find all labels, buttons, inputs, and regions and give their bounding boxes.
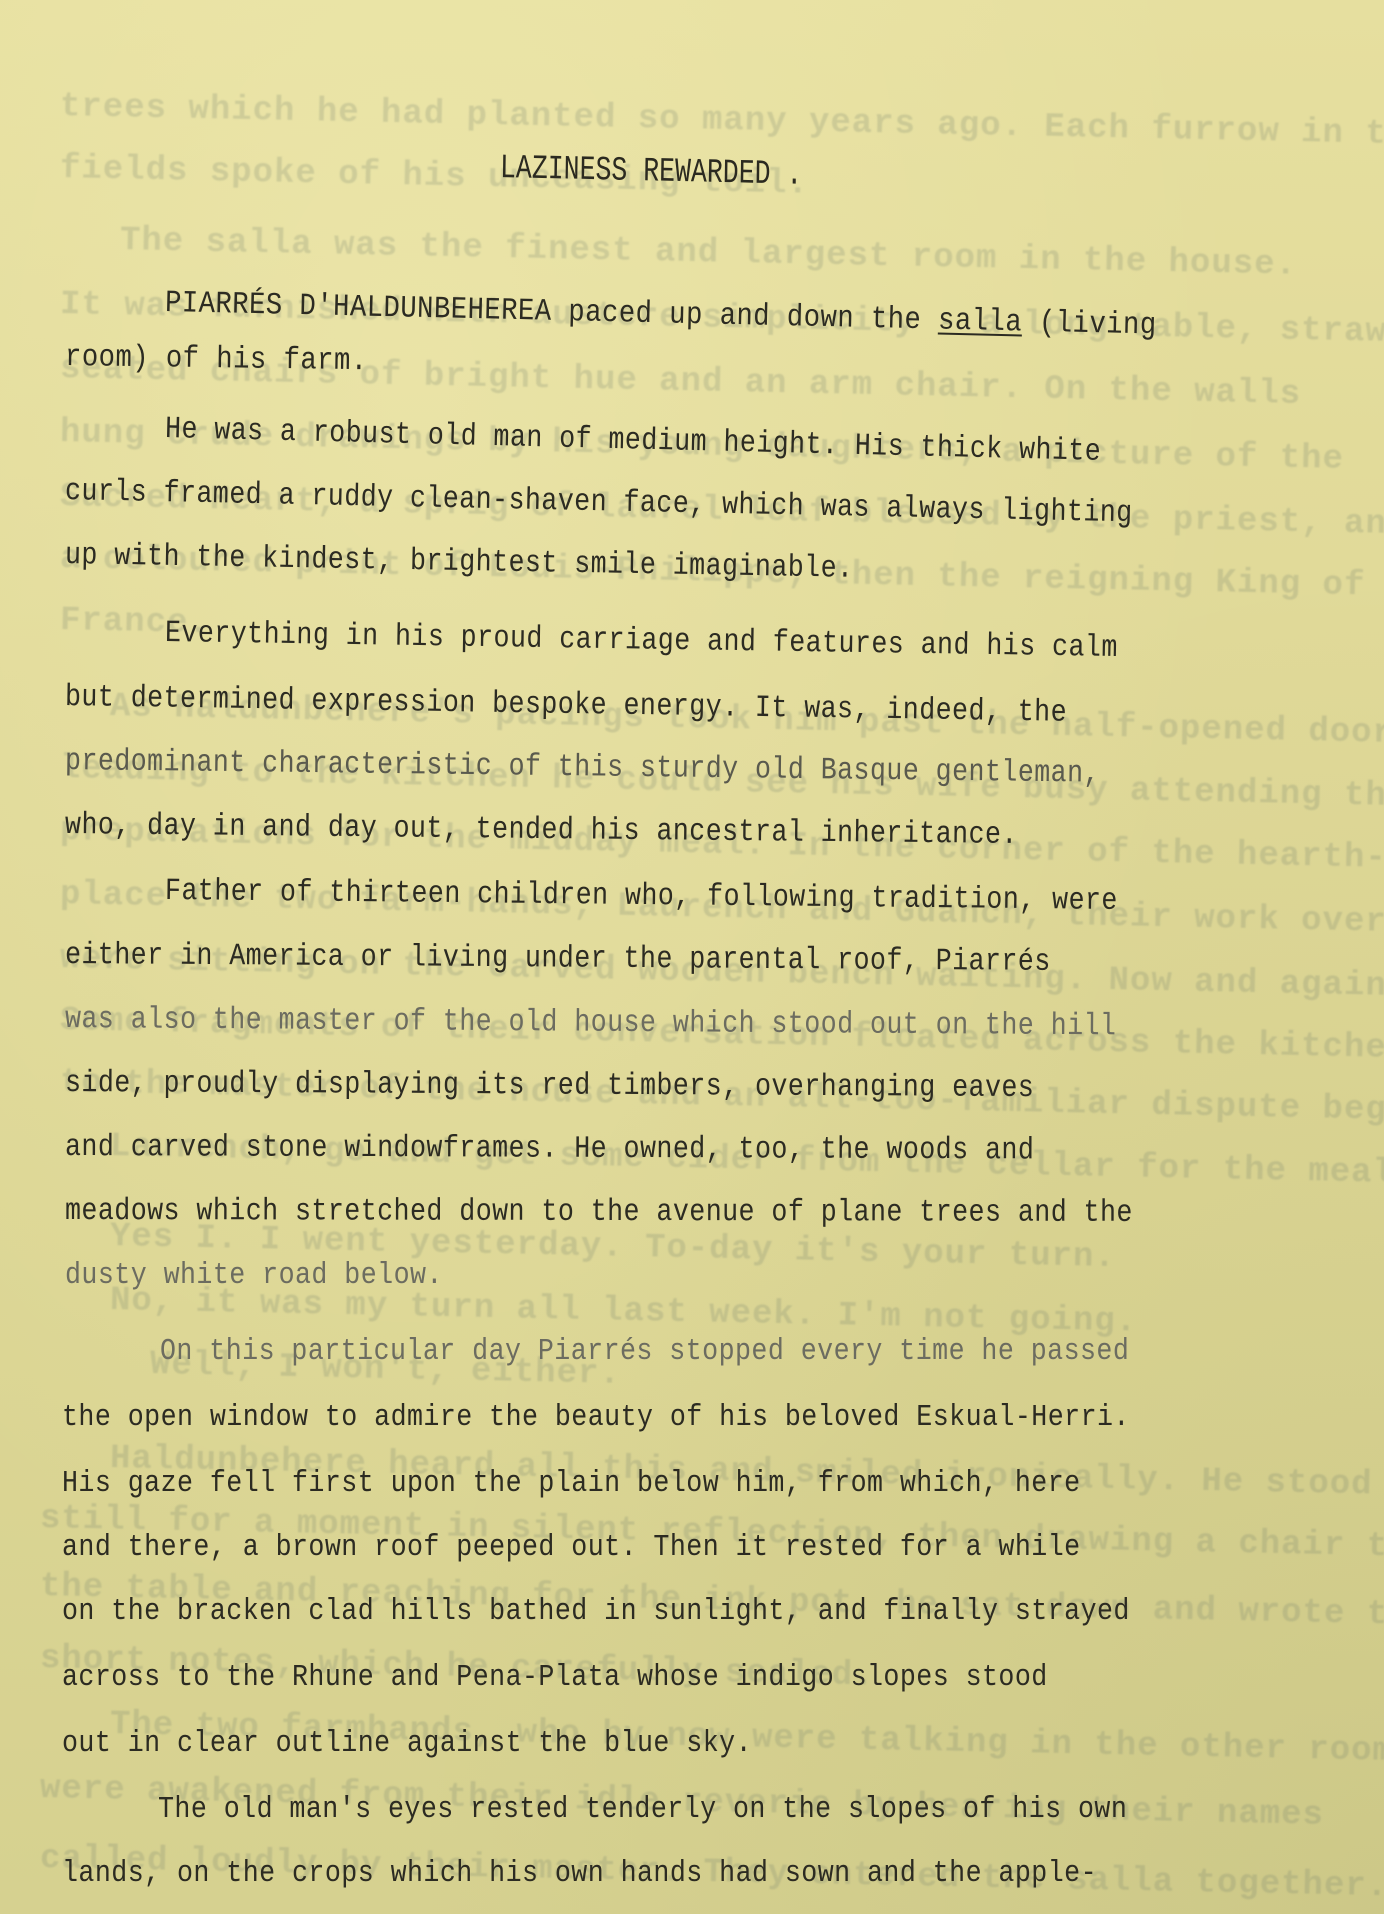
paragraph-5-line-3: His gaze fell first upon the plain below… [62,1466,1081,1501]
paragraph-5-line-1: On this particular day Piarrés stopped e… [160,1334,1129,1369]
paragraph-4-line-5: and carved stone windowframes. He owned,… [65,1130,1034,1168]
paragraph-5-line-7: out in clear outline against the blue sk… [62,1726,752,1761]
text-run: (living [1022,305,1157,343]
paragraph-4-line-6: meadows which stretched down to the aven… [65,1194,1133,1231]
paragraph-4-line-7: dusty white road below. [65,1258,443,1293]
salla-underlined-word: salla [938,304,1023,341]
paragraph-4-line-4: side, proudly displaying its red timbers… [65,1066,1034,1106]
paragraph-5-line-4: and there, a brown roof peeped out. Then… [62,1530,1081,1565]
paragraph-5-line-2: the open window to admire the beauty of … [62,1400,1130,1435]
paragraph-1-line-2: room) of his farm. [65,340,368,379]
paragraph-4-line-2: either in America or living under the pa… [65,938,1051,980]
paragraph-4-line-3: was also the master of the old house whi… [65,1002,1117,1044]
paragraph-6-line-2: lands, on the crops which his own hands … [62,1856,1097,1891]
document-title: LAZINESS REWARDED . [500,150,803,195]
paragraph-5-line-5: on the bracken clad hills bathed in sunl… [62,1594,1130,1629]
paragraph-5-line-6: across to the Rhune and Pena-Plata whose… [62,1660,1048,1695]
paragraph-6-line-1: The old man's eyes rested tenderly on th… [158,1792,1127,1827]
